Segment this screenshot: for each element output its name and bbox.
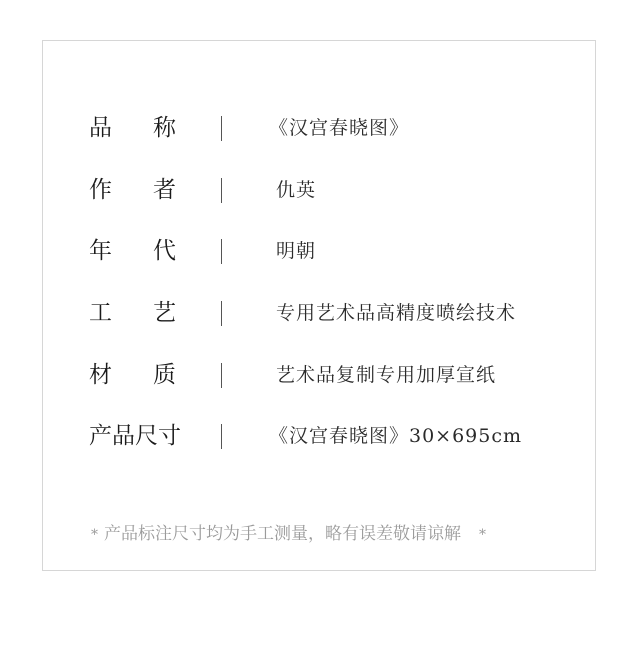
divider (221, 116, 222, 141)
label-char: 代 (153, 234, 176, 268)
row-value: 明朝 (276, 234, 316, 268)
row-value: 仇英 (276, 173, 316, 207)
info-row-craft: 工 艺 专用艺术品高精度喷绘技术 (43, 296, 595, 330)
divider (221, 239, 222, 264)
disclaimer-text: 产品标注尺寸均为手工测量，略有误差敬请谅解 (104, 524, 461, 544)
info-row-name: 品 称 《汉宫春晓图》 (43, 111, 595, 145)
label-char: 品 (89, 111, 112, 145)
label-char: 工 (89, 296, 112, 330)
label-char: 年 (89, 234, 112, 268)
asterisk-icon: * (91, 520, 98, 550)
measurement-disclaimer: *产品标注尺寸均为手工测量，略有误差敬请谅解* (91, 519, 486, 549)
label-char: 作 (89, 173, 112, 207)
label-char: 质 (153, 358, 176, 392)
info-row-material: 材 质 艺术品复制专用加厚宣纸 (43, 358, 595, 392)
label-char: 材 (89, 358, 112, 392)
info-row-author: 作 者 仇英 (43, 173, 595, 207)
label-char: 者 (153, 173, 176, 207)
label-text: 产品尺寸 (89, 419, 181, 453)
divider (221, 301, 222, 326)
divider (221, 424, 222, 449)
divider (221, 363, 222, 388)
row-value: 专用艺术品高精度喷绘技术 (276, 296, 516, 330)
product-info-card: 品 称 《汉宫春晓图》 作 者 仇英 年 代 明朝 工 艺 专用艺术品高精度喷绘… (42, 40, 596, 571)
asterisk-icon: * (479, 520, 486, 550)
divider (221, 178, 222, 203)
label-char: 称 (153, 111, 176, 145)
label-char: 艺 (153, 296, 176, 330)
info-row-era: 年 代 明朝 (43, 234, 595, 268)
row-value: 艺术品复制专用加厚宣纸 (276, 358, 496, 392)
info-row-size: 产品尺寸 《汉宫春晓图》30×695cm (43, 419, 595, 453)
row-value: 《汉宫春晓图》30×695cm (269, 419, 522, 453)
row-value: 《汉宫春晓图》 (269, 111, 409, 145)
